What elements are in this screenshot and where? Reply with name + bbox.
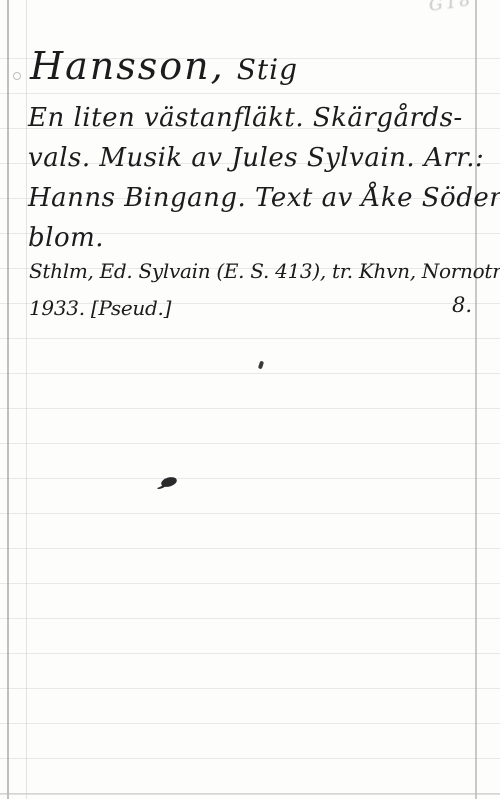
- heading-given-name: Stig: [237, 53, 298, 86]
- catalog-card: G18 Hansson,Stig En liten västanfläkt. S…: [0, 0, 500, 799]
- left-edge-rule: [7, 0, 9, 799]
- heading: Hansson,Stig: [30, 44, 298, 88]
- ink-speck: [258, 361, 264, 370]
- right-edge-rule: [475, 0, 477, 799]
- entry-line-2: vals. Musik av Jules Sylvain. Arr.:: [28, 138, 468, 178]
- entry-text: En liten västanfläkt. Skärgårds- vals. M…: [28, 98, 468, 258]
- ink-blot-shape: [154, 474, 180, 492]
- imprint-text: Sthlm, Ed. Sylvain (E. S. 413), tr. Khvn…: [29, 253, 469, 327]
- entry-line-1: En liten västanfläkt. Skärgårds-: [28, 98, 468, 138]
- heading-surname: Hansson,: [30, 44, 225, 88]
- entry-line-3: Hanns Bingang. Text av Åke Söder-: [28, 178, 468, 218]
- margin-circle-mark: [13, 72, 21, 80]
- size-mark: 8.: [452, 293, 472, 317]
- pencil-corner-mark: G18: [428, 0, 475, 16]
- card-bottom-edge: [0, 793, 500, 795]
- imprint-line-1: Sthlm, Ed. Sylvain (E. S. 413), tr. Khvn…: [29, 253, 469, 290]
- entry-line-4: blom.: [28, 218, 468, 258]
- left-margin-rule: [26, 0, 27, 799]
- imprint-line-2: 1933. [Pseud.]: [29, 290, 469, 327]
- ink-blot: [154, 474, 180, 492]
